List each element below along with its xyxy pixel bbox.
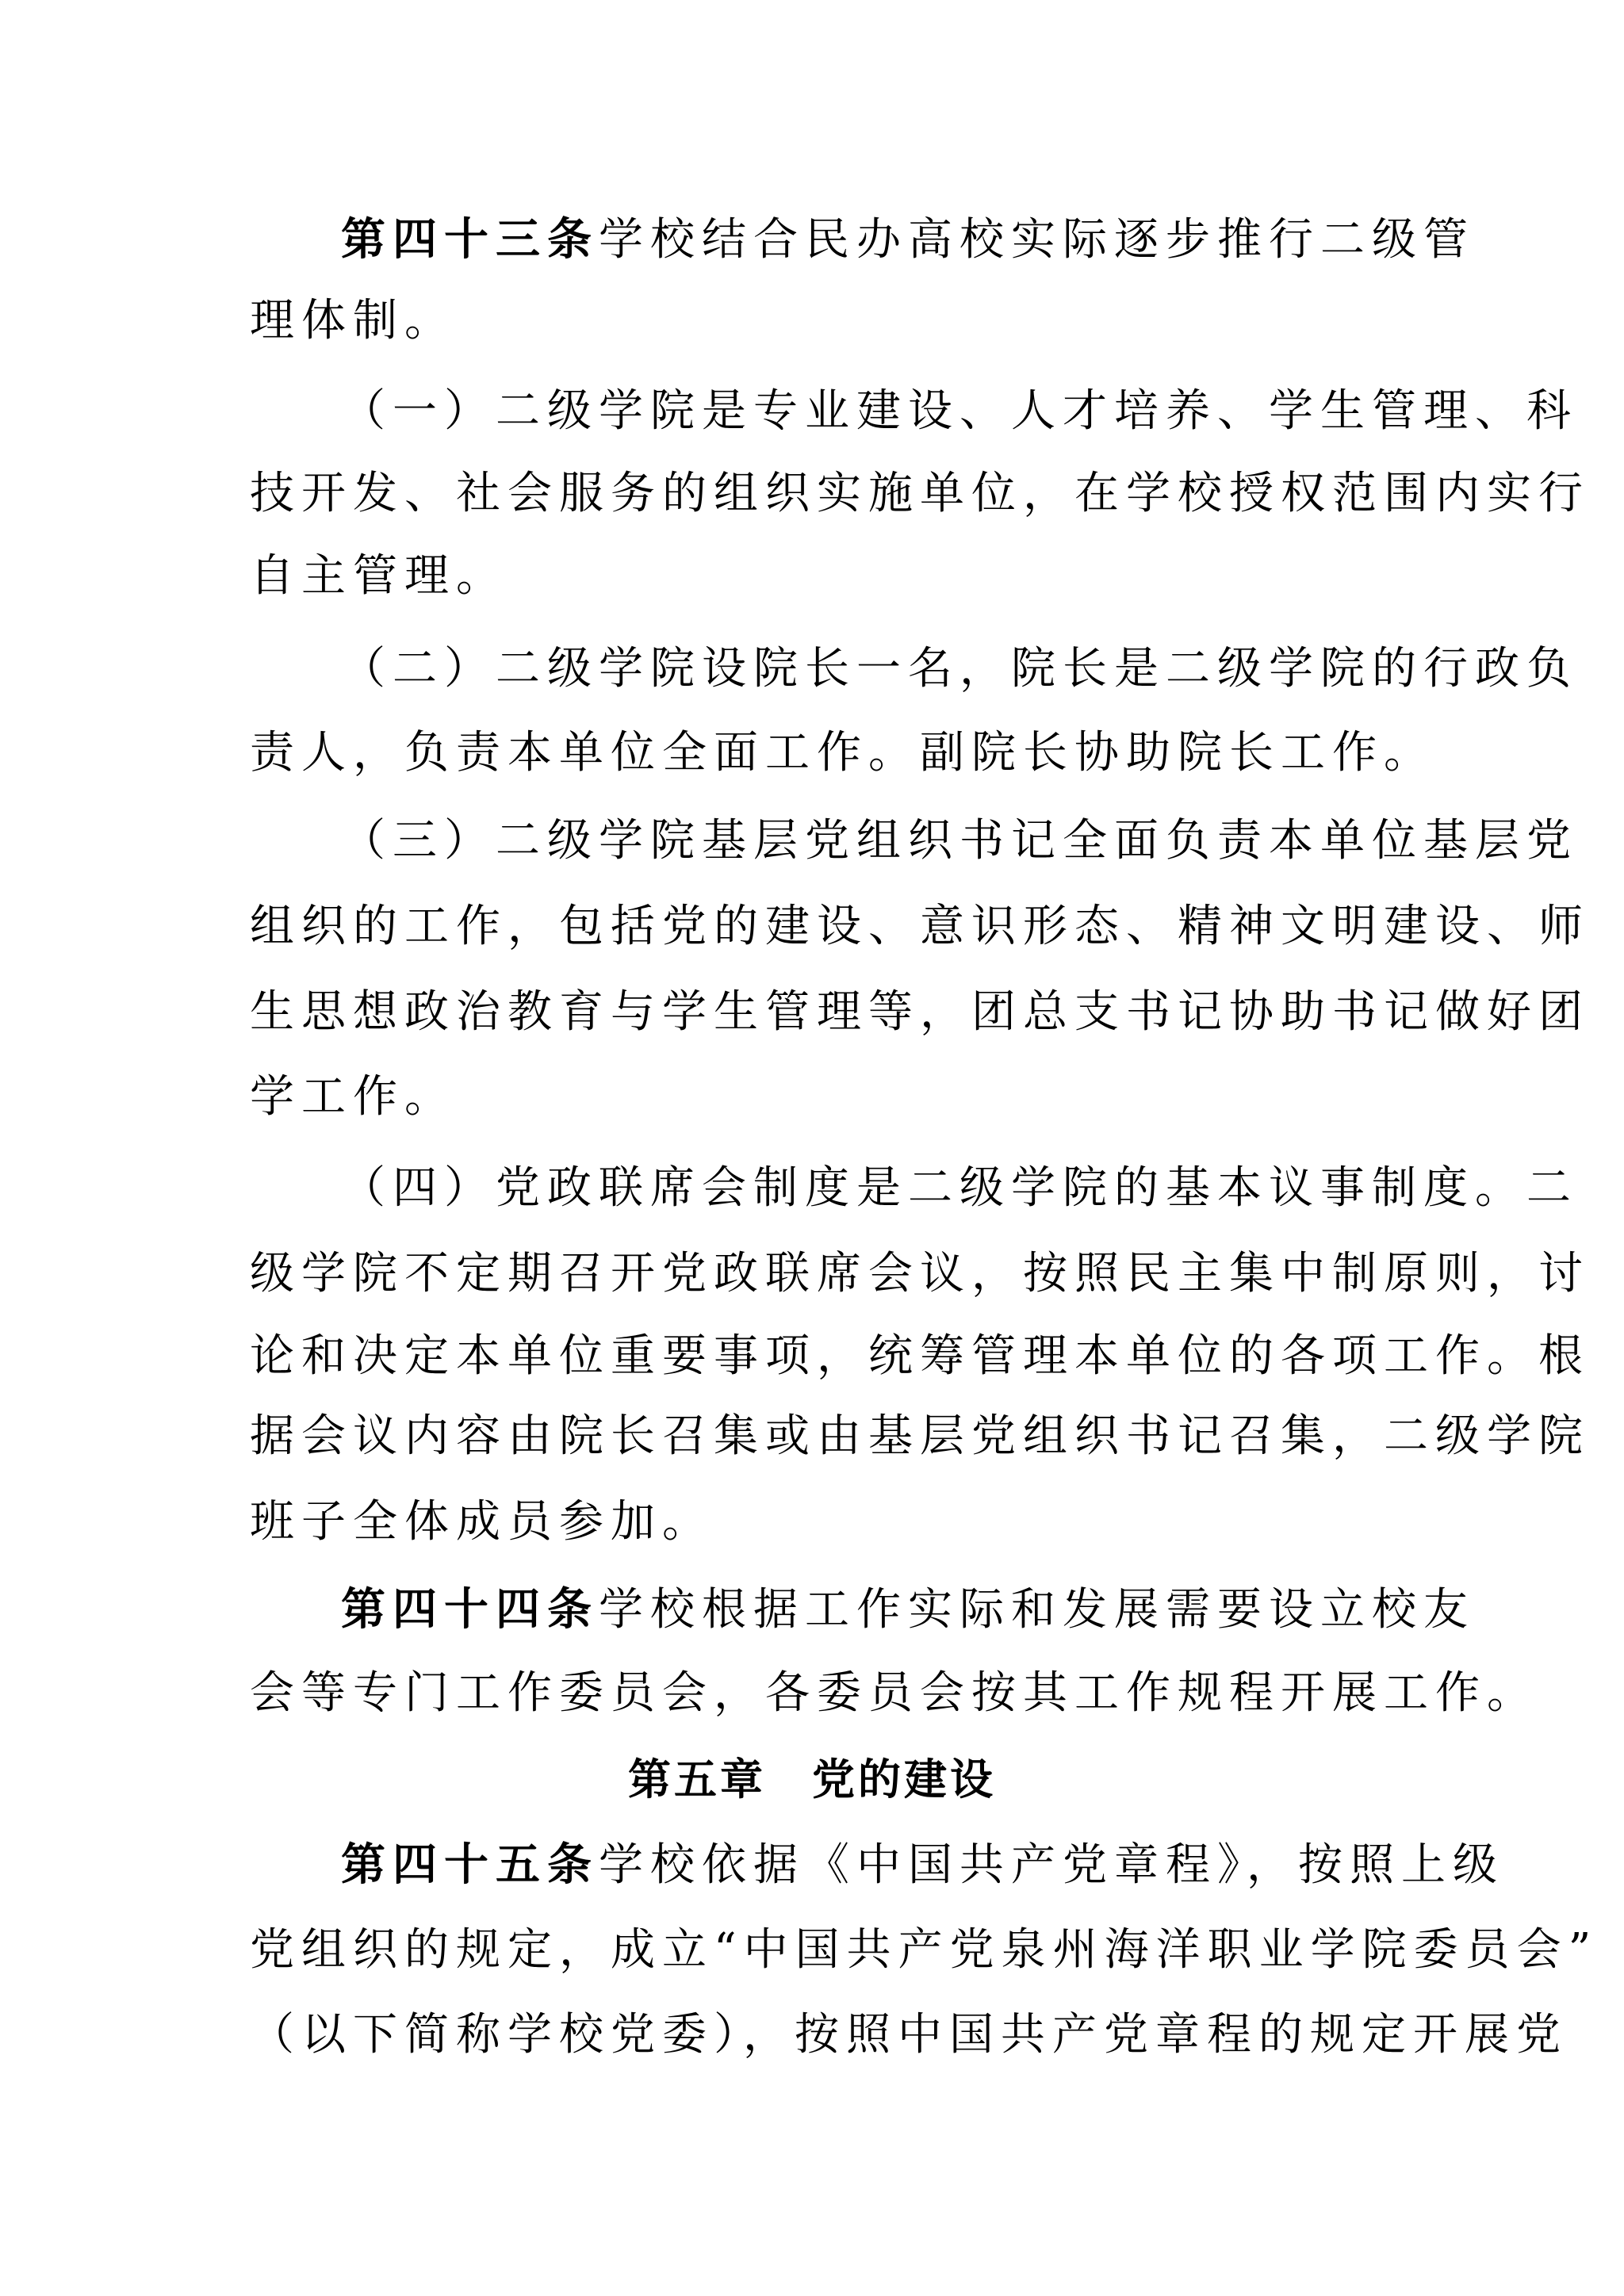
article-44-line-1: 第四十四条 学校根据工作实际和发展需要设立校友 <box>341 1582 1384 1638</box>
article-43-line-2: 理体制。 <box>250 293 1384 349</box>
item-4-line-5: 班子全体成员参加。 <box>250 1494 1384 1550</box>
article-43-title: 第四十三条 <box>341 212 599 268</box>
item-3-line-1: （三）二级学院基层党组织书记全面负责本单位基层党 <box>341 813 1384 869</box>
item-4-line-3: 论和决定本单位重要事项，统筹管理本单位的各项工作。根 <box>250 1329 1384 1384</box>
article-43-text: 学校结合民办高校实际逐步推行二级管 <box>599 212 1475 268</box>
article-43-line-1: 第四十三条 学校结合民办高校实际逐步推行二级管 <box>341 212 1384 268</box>
article-45-line-1: 第四十五条 学校依据《中国共产党章程》，按照上级 <box>341 1838 1384 1893</box>
chapter-heading: 第五章 党的建设 <box>0 1752 1624 1808</box>
item-3-line-4: 学工作。 <box>250 1070 1384 1125</box>
article-44-text: 学校根据工作实际和发展需要设立校友 <box>599 1582 1475 1638</box>
item-1-line-2: 技开发、社会服务的组织实施单位，在学校授权范围内实行 <box>250 466 1384 522</box>
item-2-line-1: （二）二级学院设院长一名，院长是二级学院的行政负 <box>341 641 1384 697</box>
item-4-line-4: 据会议内容由院长召集或由基层党组织书记召集，二级学院 <box>250 1409 1384 1464</box>
article-45-title: 第四十五条 <box>341 1838 599 1893</box>
item-3-line-3: 生思想政治教育与学生管理等，团总支书记协助书记做好团 <box>250 985 1384 1040</box>
article-44-title: 第四十四条 <box>341 1582 599 1638</box>
item-1-line-3: 自主管理。 <box>250 549 1384 604</box>
document-page: 第四十三条 学校结合民办高校实际逐步推行二级管 理体制。 （一）二级学院是专业建… <box>0 0 1624 2296</box>
article-45-line-3: （以下简称学校党委），按照中国共产党章程的规定开展党 <box>250 2007 1384 2063</box>
item-4-line-2: 级学院不定期召开党政联席会议，按照民主集中制原则，讨 <box>250 1246 1384 1302</box>
article-44-line-2: 会等专门工作委员会，各委员会按其工作规程开展工作。 <box>250 1666 1384 1721</box>
item-4-line-1: （四）党政联席会制度是二级学院的基本议事制度。二 <box>341 1161 1384 1216</box>
article-45-line-2: 党组织的规定，成立“中国共产党泉州海洋职业学院委员会” <box>250 1923 1384 1978</box>
article-45-text: 学校依据《中国共产党章程》，按照上级 <box>599 1838 1504 1893</box>
item-1-line-1: （一）二级学院是专业建设、人才培养、学生管理、科 <box>341 384 1384 439</box>
item-3-line-2: 组织的工作，包括党的建设、意识形态、精神文明建设、师 <box>250 899 1384 955</box>
item-2-line-2: 责人，负责本单位全面工作。副院长协助院长工作。 <box>250 725 1384 781</box>
